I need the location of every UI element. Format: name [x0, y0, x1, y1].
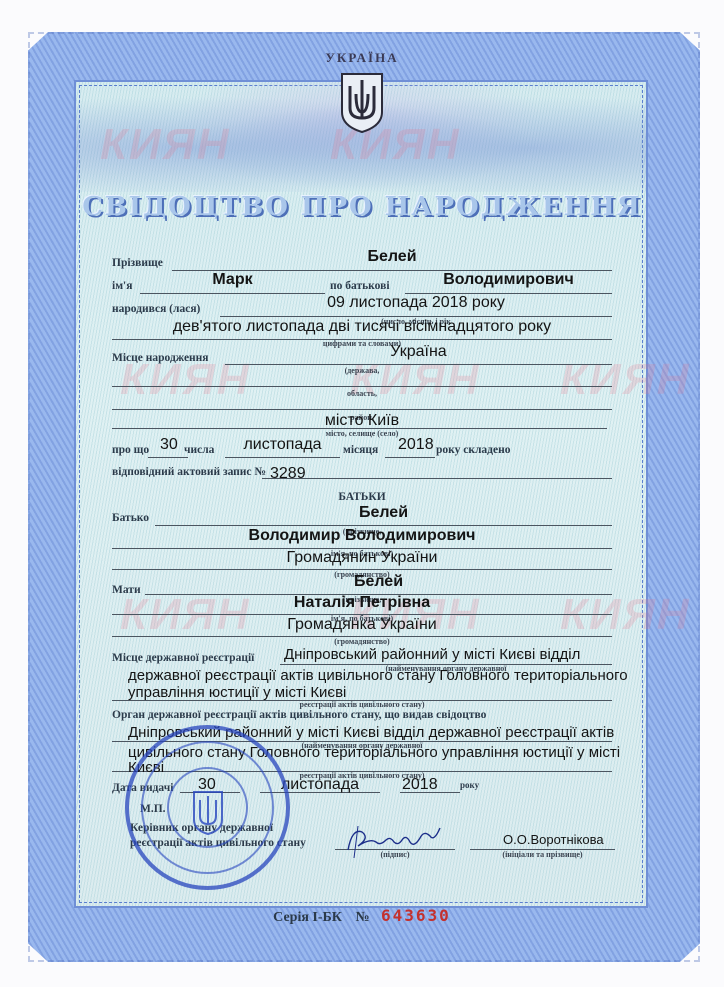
record-prefix: про що [112, 444, 149, 456]
watermark: КИЯН [100, 120, 231, 170]
issuer-label: Орган державної реєстрації актів цивільн… [112, 709, 486, 721]
father-surname-line [155, 525, 612, 526]
issue-year: 2018 [402, 776, 438, 794]
registration-place-line-3: управління юстиції у місті Києві [128, 684, 346, 701]
record-year-label: року складено [436, 444, 510, 456]
registration-place-line-2: державної реєстрації актів цивільного ст… [128, 667, 628, 684]
birthplace-label: Місце народження [112, 352, 209, 364]
father-name: Володимир Володимирович [112, 527, 612, 545]
signature-icon [340, 820, 450, 860]
record-month-line [225, 457, 340, 458]
serial-number-value: 643630 [381, 906, 451, 925]
birth-date-words: дев'ятого листопада дві тисячі вісімнадц… [112, 318, 612, 336]
father-surname: Белей [155, 504, 612, 522]
official-name-caption: (ініціали та прізвище) [470, 850, 615, 859]
record-month-label: місяця [343, 444, 378, 456]
official-name: О.О.Воротнікова [503, 832, 604, 847]
child-surname: Белей [172, 248, 612, 266]
child-name: Марк [140, 271, 325, 289]
document-title: СВІДОЦТВО ПРО НАРОДЖЕННЯ [0, 192, 724, 222]
stamp-trident-icon [192, 790, 224, 836]
mother-surname: Белей [145, 573, 612, 591]
district-line [112, 409, 612, 410]
act-record-line [262, 478, 612, 479]
series-label: Серія І-БК [273, 910, 342, 925]
record-day-line [148, 457, 188, 458]
patronymic-label: по батькові [330, 280, 390, 292]
surname-label: Прізвище [112, 257, 163, 269]
record-day-label: числа [184, 444, 214, 456]
birth-date: 09 листопада 2018 року [220, 294, 612, 312]
father-citizenship: Громадянин України [112, 549, 612, 567]
parents-heading: БАТЬКИ [0, 491, 724, 503]
registration-place-caption-2: реєстрації актів цивільного стану) [112, 700, 612, 709]
born-label: народився (лася) [112, 303, 200, 315]
record-day: 30 [160, 436, 178, 454]
mother-citizenship-caption: (громадянство) [112, 637, 612, 646]
mother-citizenship: Громадянка України [112, 616, 612, 634]
city-caption: місто, селище (село) [112, 429, 612, 438]
record-year: 2018 [398, 436, 434, 454]
child-patronymic: Володимирович [405, 271, 612, 289]
number-sign: № [355, 910, 369, 925]
region-caption: область, [112, 389, 612, 398]
record-month: листопада [225, 436, 340, 454]
record-year-line [385, 457, 435, 458]
registration-place-line-1: Дніпровський районний у місті Києві відд… [284, 646, 580, 663]
region-line [112, 386, 612, 387]
act-record-label: відповідний актовий запис № [112, 466, 266, 478]
registration-place-label: Місце державної реєстрації [112, 652, 254, 664]
birthplace-city: місто Київ [112, 412, 612, 430]
country-heading: УКРАЇНА [0, 50, 724, 66]
issue-year-suffix: року [460, 780, 479, 790]
country-caption: (держава, [112, 366, 612, 375]
mother-name: Наталія Петрівна [112, 594, 612, 612]
coat-of-arms-icon [338, 72, 386, 134]
serial-number: Серія І-БК № 643630 [0, 906, 724, 926]
country-line [225, 364, 612, 365]
father-label: Батько [112, 512, 149, 524]
birthplace-country: Україна [225, 343, 612, 361]
act-record-number: 3289 [270, 465, 306, 483]
name-label: ім'я [112, 280, 132, 292]
